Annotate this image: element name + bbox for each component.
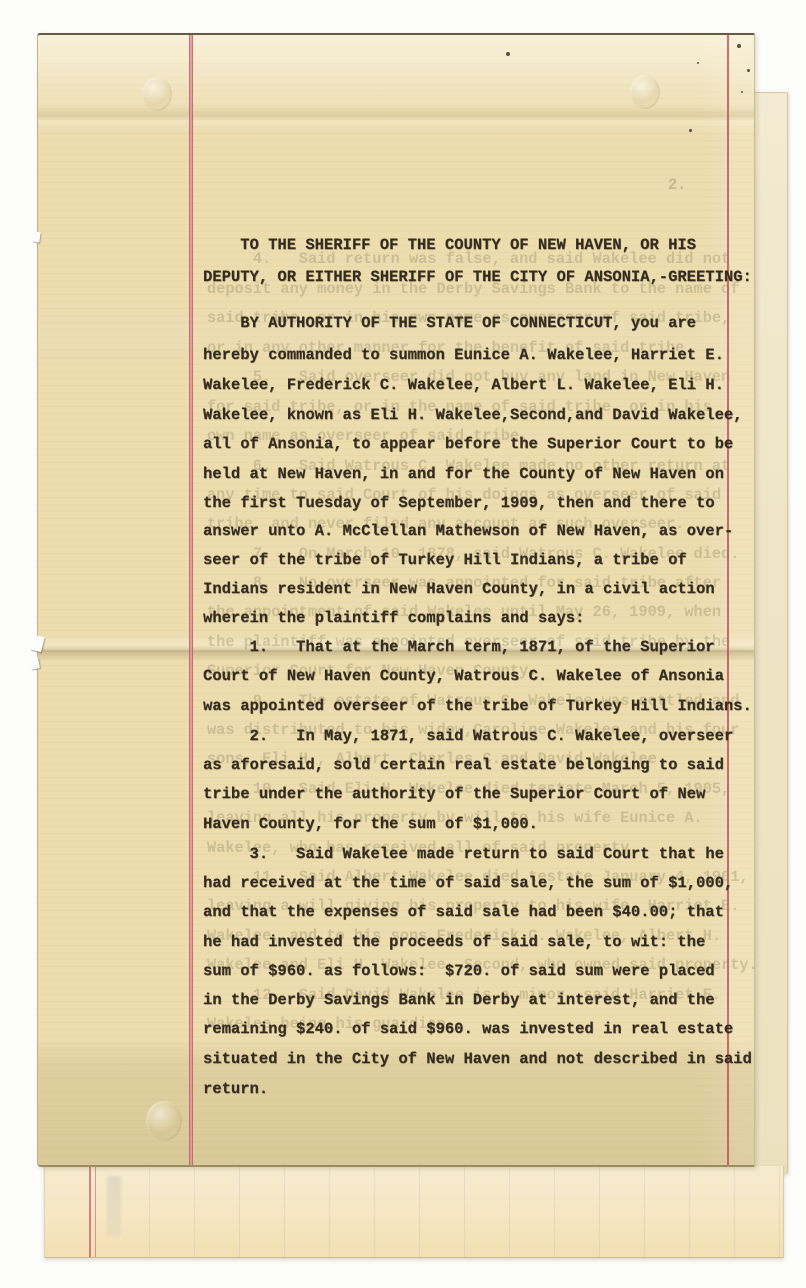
document-page bbox=[37, 33, 755, 1167]
paper-fold-bands bbox=[38, 35, 754, 1165]
ink-speck bbox=[747, 69, 750, 72]
edge-tear bbox=[32, 232, 40, 243]
ink-speck bbox=[741, 91, 743, 93]
ledger-sheet-bottom bbox=[44, 1166, 784, 1258]
paper-texture bbox=[38, 35, 754, 1165]
ledger-red-margin-rule bbox=[89, 1166, 96, 1257]
right-red-margin-rule bbox=[727, 35, 729, 1165]
ledger-column-grid bbox=[105, 1166, 783, 1257]
horizontal-fold-crease bbox=[38, 650, 754, 652]
ledger-faint-stamp bbox=[107, 1176, 121, 1236]
emboss-mark-bottom-left bbox=[146, 1101, 182, 1141]
ink-speck bbox=[737, 44, 741, 48]
edge-tear bbox=[29, 657, 40, 669]
emboss-mark-top-right bbox=[630, 75, 660, 109]
ink-speck bbox=[506, 52, 510, 56]
emboss-mark-top-left bbox=[142, 77, 172, 111]
scanned-document-scene: 2. 4. Said return was false, and said Wa… bbox=[0, 0, 806, 1288]
ink-speck bbox=[697, 62, 699, 64]
left-red-margin-rule bbox=[189, 35, 193, 1165]
ink-speck bbox=[689, 129, 692, 132]
